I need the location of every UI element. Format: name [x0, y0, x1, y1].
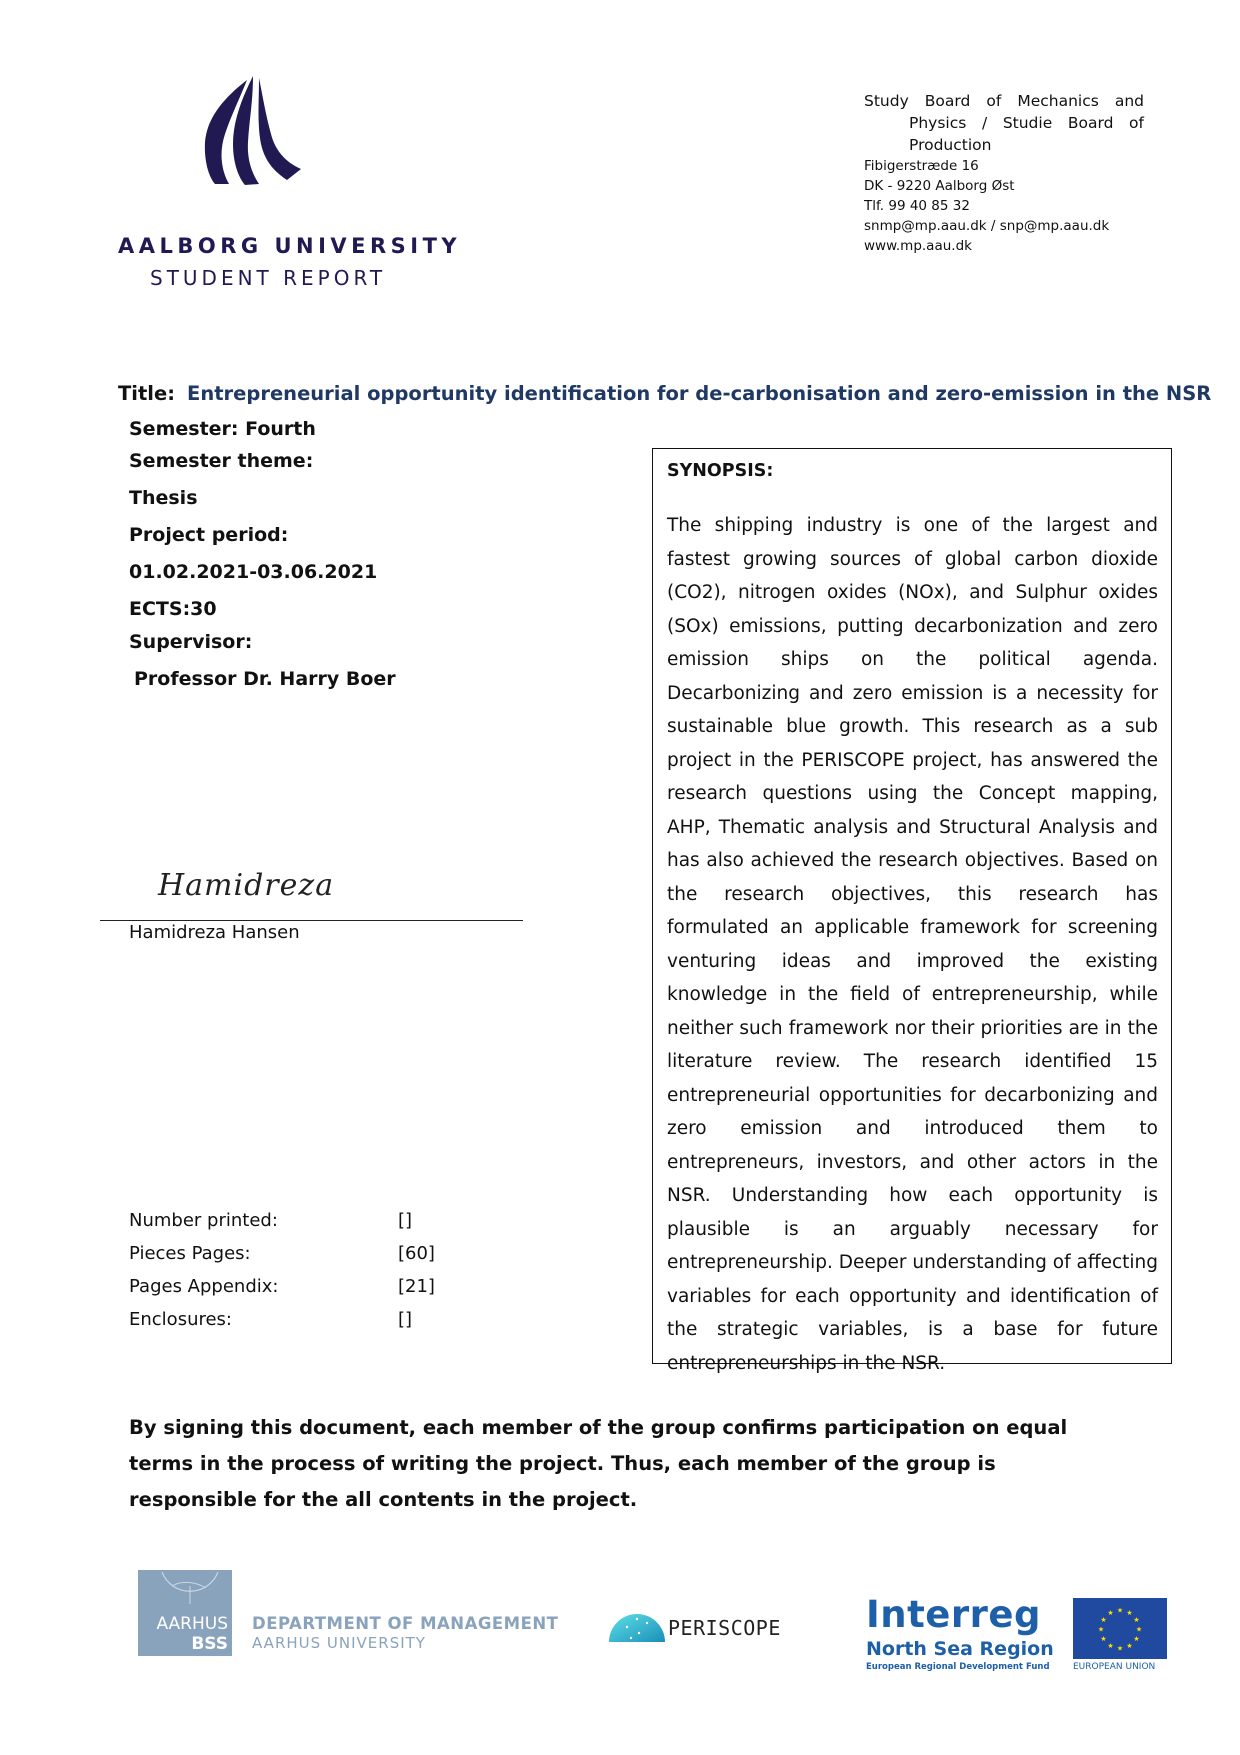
signature-script: Hamidreza	[158, 868, 334, 903]
supervisor-label: Supervisor:	[129, 631, 252, 653]
aau-logo-icon	[195, 72, 305, 187]
signatory-name: Hamidreza Hansen	[129, 922, 300, 943]
project-period-label: Project period:	[129, 524, 288, 546]
word: Studie	[1003, 112, 1052, 134]
project-period: 01.02.2021-03.06.2021	[129, 561, 377, 583]
svg-text:★: ★	[1117, 1607, 1123, 1615]
periscope-radar-icon	[607, 1611, 667, 1643]
svg-text:★: ★	[1136, 1626, 1142, 1634]
address-city: DK - 9220 Aalborg Øst	[864, 176, 1144, 196]
address-email[interactable]: snmp@mp.aau.dk / snp@mp.aau.dk	[864, 216, 1144, 236]
interreg-region: North Sea Region	[866, 1638, 1054, 1660]
semester: Semester: Fourth	[129, 418, 316, 440]
svg-text:★: ★	[1126, 1642, 1132, 1650]
signature-line	[100, 920, 523, 921]
supervisor: Professor Dr. Harry Boer	[134, 668, 396, 690]
board-line-2: Physics / Studie Board of	[864, 112, 1144, 134]
svg-text:★: ★	[1098, 1626, 1104, 1634]
count-value: [60]	[398, 1243, 435, 1264]
word: Board	[925, 90, 971, 112]
svg-text:★: ★	[1133, 1616, 1139, 1624]
count-label: Pieces Pages:	[129, 1243, 251, 1264]
count-label: Pages Appendix:	[129, 1276, 278, 1297]
interreg-fund: European Regional Development Fund	[866, 1662, 1050, 1672]
board-line-1: Study Board of Mechanics and	[864, 90, 1144, 112]
count-value: [21]	[398, 1276, 435, 1297]
report-title: Title:Entrepreneurial opportunity identi…	[118, 382, 1211, 405]
word: Physics	[909, 112, 966, 134]
synopsis-text: The shipping industry is one of the larg…	[667, 509, 1158, 1380]
synopsis-heading: SYNOPSIS:	[667, 461, 773, 481]
address-website[interactable]: www.mp.aau.dk	[864, 236, 1144, 256]
address-block: Study Board of Mechanics and Physics / S…	[864, 90, 1144, 256]
title-label: Title:	[118, 382, 175, 405]
eu-label: EUROPEAN UNION	[1073, 1662, 1155, 1672]
board-line-3: Production	[864, 134, 1144, 156]
address-phone: Tlf. 99 40 85 32	[864, 196, 1144, 216]
aarhus-seal-icon	[158, 1572, 222, 1616]
semester-theme: Thesis	[129, 487, 198, 509]
address-street: Fibigerstræde 16	[864, 156, 1144, 176]
department-university: AARHUS UNIVERSITY	[252, 1634, 426, 1652]
report-type: STUDENT REPORT	[150, 266, 386, 290]
synopsis-box: SYNOPSIS: The shipping industry is one o…	[652, 448, 1172, 1364]
word: of	[986, 90, 1001, 112]
semester-theme-label: Semester theme:	[129, 450, 313, 472]
group-declaration: By signing this document, each member of…	[129, 1410, 1129, 1518]
word: /	[982, 112, 987, 134]
count-value: []	[398, 1309, 412, 1330]
word: Mechanics	[1017, 90, 1098, 112]
title-value: Entrepreneurial opportunity identificati…	[187, 382, 1211, 405]
svg-text:★: ★	[1100, 1616, 1106, 1624]
svg-text:★: ★	[1107, 1609, 1113, 1617]
word: and	[1115, 90, 1144, 112]
aarhus-bss: BSS	[191, 1634, 228, 1654]
count-label: Number printed:	[129, 1210, 278, 1231]
university-name: AALBORG UNIVERSITY	[118, 234, 461, 258]
department-name: DEPARTMENT OF MANAGEMENT	[252, 1614, 558, 1633]
count-value: []	[398, 1210, 412, 1231]
word: of	[1129, 112, 1144, 134]
periscope-wordmark: PERISCOPE	[668, 1616, 781, 1640]
aarhus-name: AARHUS	[156, 1614, 228, 1634]
ects: ECTS:30	[129, 598, 217, 620]
aarhus-bss-logo: AARHUS BSS	[138, 1570, 232, 1656]
svg-text:★: ★	[1107, 1642, 1113, 1650]
count-label: Enclosures:	[129, 1309, 232, 1330]
svg-text:★: ★	[1100, 1635, 1106, 1643]
word: Board	[1068, 112, 1114, 134]
svg-text:★: ★	[1117, 1645, 1123, 1653]
word: Study	[864, 90, 909, 112]
svg-text:★: ★	[1126, 1609, 1132, 1617]
interreg-wordmark: Interreg	[866, 1593, 1041, 1636]
svg-text:★: ★	[1133, 1635, 1139, 1643]
eu-flag-icon: ★★★★★★★★★★★★	[1073, 1598, 1167, 1659]
